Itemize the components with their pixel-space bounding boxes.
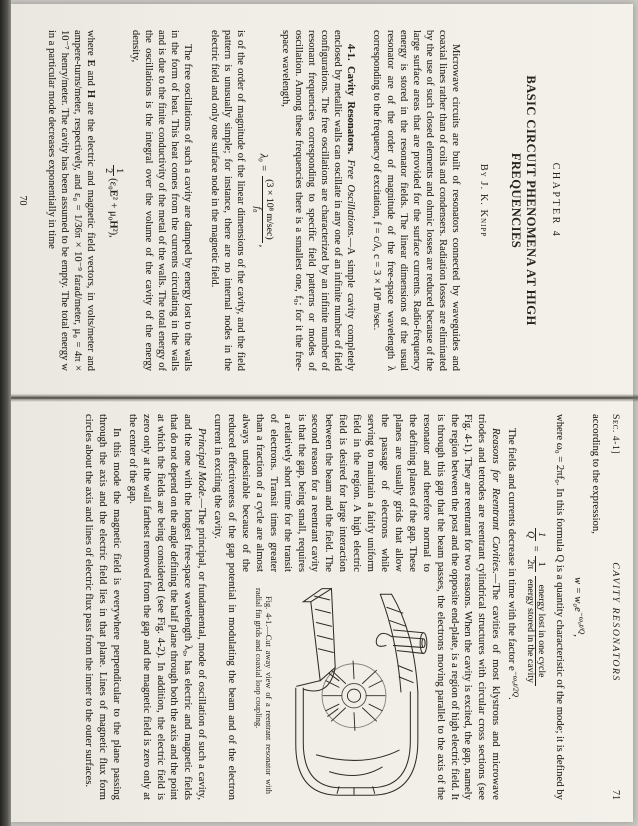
formula-w-lhs: w = w₀e [572, 577, 583, 612]
paragraph-magnitude: is of the order of magnitude of the line… [208, 30, 247, 371]
formula-lambda-fraction: (3 × 10⁸ m/sec)f₀ [252, 176, 274, 242]
formula-energy-H: H [108, 220, 119, 228]
book-scan: CHAPTER 4 BASIC CIRCUIT PHENOMENA AT HIG… [0, 0, 638, 826]
paragraph-damped-text: The free oscillations of such a cavity a… [130, 30, 193, 371]
radial-fin-grid [322, 661, 386, 730]
section-number: 4-1. Cavity Resonators. [345, 44, 356, 160]
paragraph-factor-post: . [506, 697, 518, 700]
paragraph-field-vectors-pre: where [85, 30, 96, 60]
formula-w-exponent: −ω₀t/Q [578, 612, 587, 635]
section-lead: Free Oscillations.— [345, 160, 356, 248]
header-title: CAVITY RESONATORS [610, 562, 621, 681]
formula-energy-half-den: 2 [102, 165, 114, 176]
formula-lambda-numerator: (3 × 10⁸ m/sec) [263, 176, 274, 242]
formula-lambda-denominator: f₀ [252, 176, 264, 242]
formula-energy-mid: ² + μ₀ [108, 197, 119, 221]
paragraph-factor: The fields and currents decrease in time… [504, 414, 518, 800]
byline: By J. K. Knipp [478, 30, 489, 371]
paragraph-where-omega-text: where ω₀ = 2πf₀. In this formula Q is a … [554, 414, 566, 800]
formula-lambda-post: , [257, 245, 268, 248]
paragraph-principal-mode: Principal Mode.—The principal, or fundam… [125, 414, 208, 800]
paragraph-mode-fields-text: In this mode the magnetic field is every… [83, 414, 123, 800]
chapter-title: BASIC CIRCUIT PHENOMENA AT HIGH FREQUENC… [508, 30, 538, 371]
paragraph-cavity-resonators: 4-1. Cavity Resonators. Free Oscillation… [279, 30, 358, 371]
formula-q: 1Q = 12πenergy lost in one cycleenergy s… [524, 414, 546, 800]
formula-w: w = w₀e−ω₀t/Q, [571, 414, 583, 800]
top-flange [380, 594, 418, 692]
formula-q-lhs-num: 1 [536, 528, 547, 541]
formula-q-coeff-num: 1 [536, 556, 547, 572]
paragraph-reasons: Reasons for Reentrant Cavities.—The cavi… [210, 414, 502, 800]
formula-energy-open: (ε₀ [108, 178, 119, 190]
paragraph-field-vectors-and: and [85, 67, 96, 90]
running-header: Sec. 4-1] CAVITY RESONATORS 71 [610, 414, 621, 800]
figure-4-1-illustration [278, 583, 430, 799]
paragraph-damped: The free oscillations of such a cavity a… [129, 30, 194, 371]
page-70: CHAPTER 4 BASIC CIRCUIT PHENOMENA AT HIG… [9, 4, 633, 397]
figure-4-1: Fig. 4-1.—Cut away view of a reentrant r… [253, 582, 430, 800]
book-bottom-edge [0, 0, 11, 826]
paragraph-magnitude-text: is of the order of magnitude of the line… [209, 30, 246, 371]
paragraph-where-omega: where ω₀ = 2πf₀. In this formula Q is a … [552, 414, 566, 800]
formula-energy-density: 12(ε₀E² + μ₀H²), [102, 30, 124, 371]
formula-energy-half-num: 1 [114, 165, 125, 176]
formula-q-ratio-den: energy stored in the cavity [524, 576, 536, 686]
paragraph-principal-lead: Principal Mode.— [196, 428, 208, 508]
chapter-label: CHAPTER 4 [550, 30, 561, 371]
formula-q-ratio: energy lost in one cycleenergy stored in… [524, 576, 546, 686]
paragraph-factor-exponent: −ω₀t/2Q [512, 671, 521, 697]
formula-energy-close: ²), [108, 229, 119, 238]
formula-q-coeff-den: 2π [524, 556, 536, 572]
coaxial-line [376, 630, 427, 653]
paragraph-reasons-lead: Reasons for Reentrant Cavities.— [490, 428, 502, 583]
formula-q-eq: = [530, 543, 541, 554]
paragraph-mode-fields: In this mode the magnetic field is every… [81, 414, 123, 800]
paragraph-intro-text: Microwave circuits are built of resonato… [371, 30, 461, 371]
figure-4-1-caption: Fig. 4-1.—Cut away view of a reentrant r… [253, 588, 273, 794]
formula-energy-E: E [108, 190, 119, 197]
paragraph-continuation: according to the expression, [588, 414, 602, 800]
formula-q-coefficient: 12π [524, 556, 546, 572]
page-gutter-shadow [0, 394, 638, 402]
paragraph-continuation-text: according to the expression, [590, 414, 602, 534]
formula-q-lhs: 1Q [524, 528, 546, 541]
paragraph-field-vectors: where E and H are the electric and magne… [45, 30, 97, 371]
page-71: Sec. 4-1] CAVITY RESONATORS 71 according… [9, 399, 633, 822]
formula-q-lhs-den: Q [524, 528, 536, 541]
paragraph-field-vectors-H: H [85, 90, 96, 98]
cavity-shell [296, 688, 418, 795]
formula-lambda-lhs: λ₀ = [257, 154, 268, 175]
book-spread: CHAPTER 4 BASIC CIRCUIT PHENOMENA AT HIG… [0, 0, 638, 826]
formula-q-ratio-num: energy lost in one cycle [536, 576, 547, 686]
paragraph-factor-pre: The fields and currents decrease in time… [506, 428, 518, 671]
formula-lambda: λ₀ = (3 × 10⁸ m/sec)f₀, [252, 30, 274, 371]
header-section: Sec. 4-1] [610, 414, 621, 454]
paragraph-intro: Microwave circuits are built of resonato… [370, 30, 462, 371]
formula-energy-half: 12 [102, 165, 124, 176]
paragraph-field-vectors-E: E [85, 60, 96, 67]
page-number-71: 71 [610, 790, 621, 800]
page-number-70: 70 [17, 4, 28, 397]
formula-w-post: , [572, 634, 583, 637]
